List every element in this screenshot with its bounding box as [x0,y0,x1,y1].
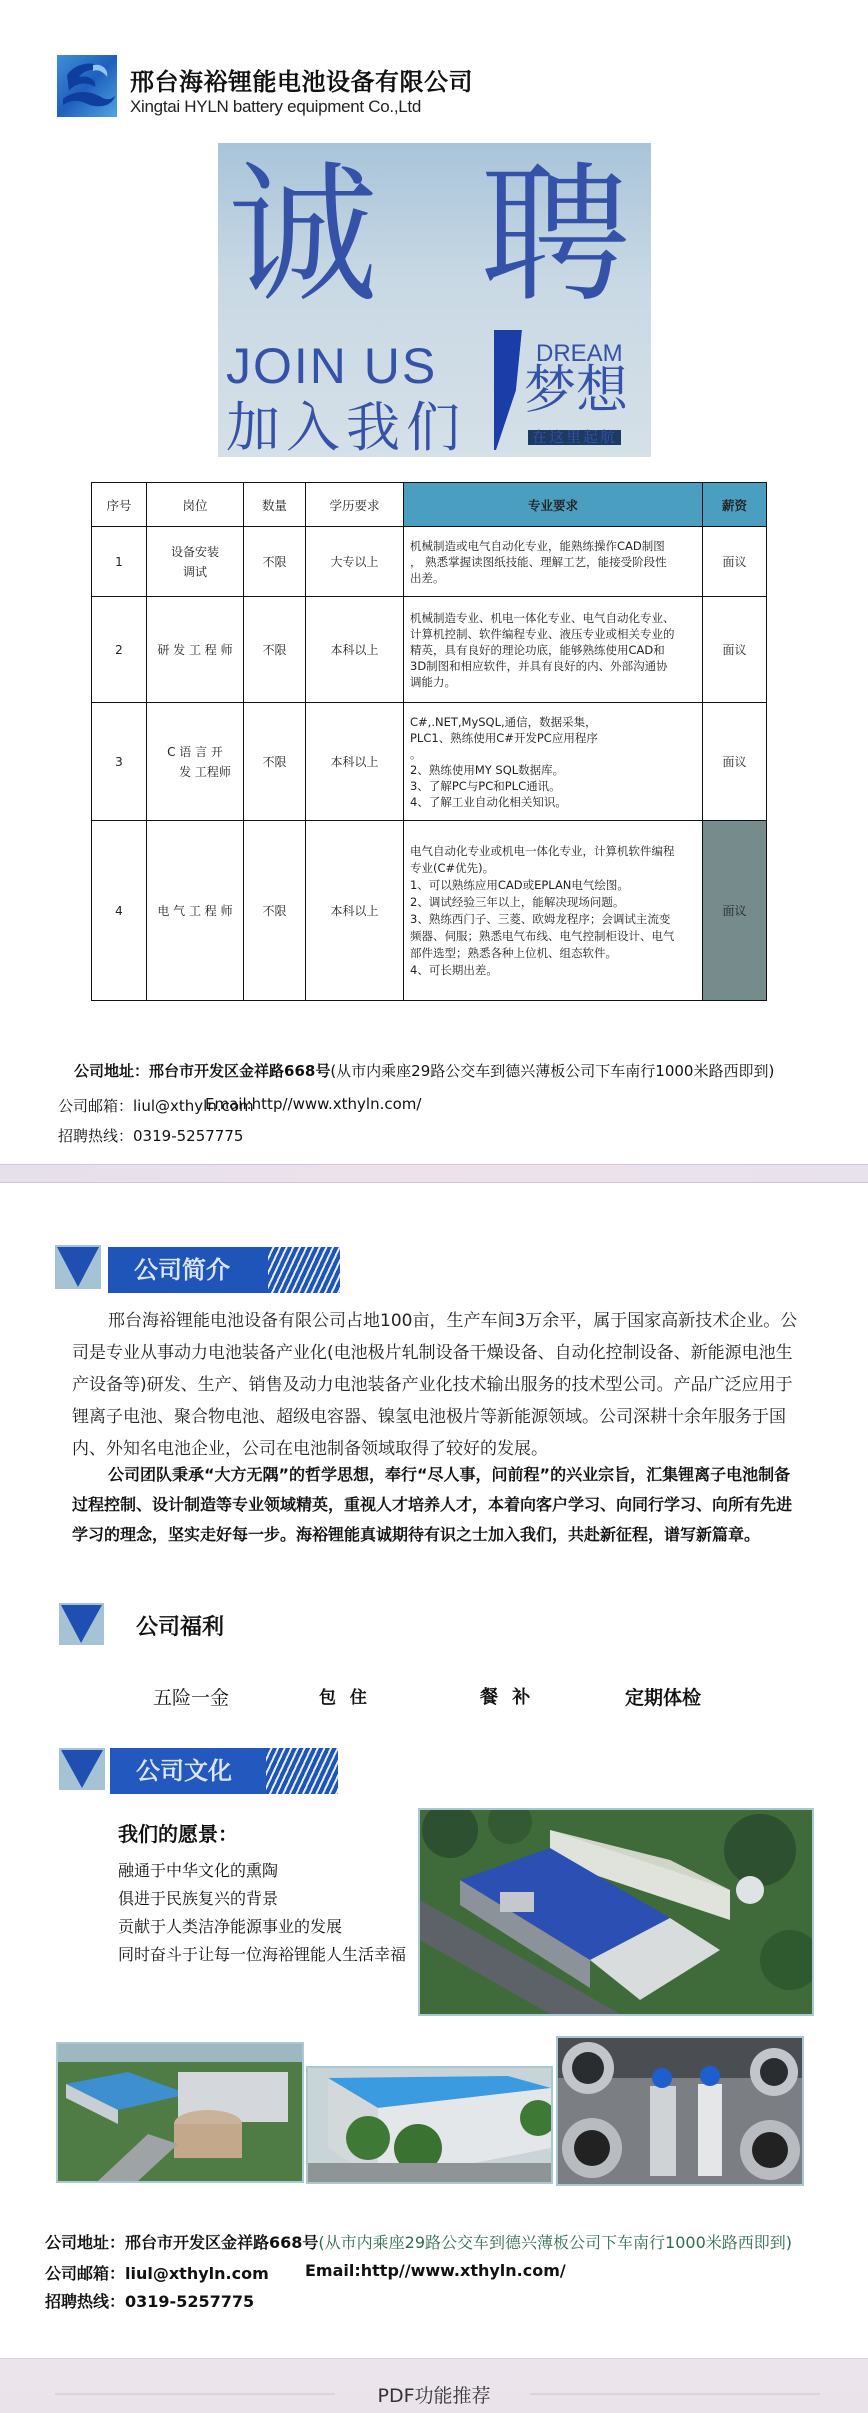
banner-join-cn: 加入我们 [226,401,466,455]
address-note: (从市内乘座29路公交车到德兴薄板公司下车南行1000米路西即到) [330,1062,774,1080]
company-name-cn: 邢台海裕锂能电池设备有限公司 [130,62,473,97]
banner-char-pin: 聘 [480,161,630,311]
section-title-welfare: 公司福利 [136,1610,224,1641]
req-line: 。 [410,746,698,762]
cell-salary: 面议 [703,527,767,597]
company-logo [57,55,117,117]
req-line: 2、调试经验三年以上，能解决现场问题。 [410,894,698,911]
req-line: PLC1、熟练使用C#开发PC应用程序 [410,730,698,746]
req-line: ， 熟悉掌握读图纸技能、理解工艺，能接受阶段性 [410,554,698,570]
cell-no: 1 [92,527,147,597]
col-header-education: 学历要求 [306,483,404,527]
position-line: 调试 [147,562,243,582]
cell-no: 3 [92,703,147,821]
position-line: 电 气 工 程 师 [147,902,243,919]
req-line: 3、了解PC与PC和PLC通讯。 [410,778,698,794]
pdf-recommend-footer: PDF功能推荐 [0,2358,868,2413]
email-label: 公司邮箱： [58,1097,133,1115]
table-row: 3 C 语 言 开 发 工程师 不限 本科以上 C#,.NET,MySQL,通信… [92,703,767,821]
address-value: 邢台市开发区金祥路668号 [125,2233,318,2252]
banner-dream-cn: 梦想 [524,365,628,417]
req-line: 部件选型；熟悉各种上位机、组态软件。 [410,945,698,962]
vision-title: 我们的愿景： [118,1818,238,1847]
col-header-salary: 薪资 [703,483,767,527]
campus-aerial-photo [56,2042,304,2183]
stripes-decoration [266,1748,338,1794]
email-label: 公司邮箱： [45,2264,125,2283]
col-header-count: 数量 [244,483,306,527]
req-line: 3D制图和相应软件，并具有良好的内、外部沟通协 [410,658,698,674]
banner-join-us: JOIN US [226,341,437,391]
address-value: 邢台市开发区金祥路668号 [149,1062,330,1080]
footer-divider-right [530,2393,820,2395]
banner-tagline: 在这里起航 [528,430,621,445]
req-line: 精英，具有良好的理论功底，能够熟练使用CAD和 [410,642,698,658]
cell-count: 不限 [244,703,306,821]
cell-count: 不限 [244,821,306,1001]
address-line-top: 公司地址：邢台市开发区金祥路668号(从市内乘座29路公交车到德兴薄板公司下车南… [74,1060,774,1081]
section-marker-icon [59,1603,104,1645]
email-line-bottom: 公司邮箱：liul@xthyln.com [45,2261,269,2284]
address-label: 公司地址： [74,1062,149,1080]
req-line: 计算机控制、软件编程专业、液压专业或相关专业的 [410,626,698,642]
banner-char-cheng: 诚 [228,161,378,311]
table-row: 2 研 发 工 程 师 不限 本科以上 机械制造专业、机电一体化专业、电气自动化… [92,597,767,703]
cell-requirements: 机械制造或电气自动化专业，能熟练操作CAD制图 ， 熟悉掌握读图纸技能、理解工艺… [404,527,703,597]
position-line: 设备安装 [147,542,243,562]
website-bottom[interactable]: Email:http//www.xthyln.com/ [305,2261,566,2280]
factory-building-photo [306,2066,553,2184]
factory-aerial-render [418,1808,814,2016]
position-line: 研 发 工 程 师 [147,641,243,658]
cell-education: 大专以上 [306,527,404,597]
req-line: C#,.NET,MySQL,通信，数据采集， [410,714,698,730]
welfare-item: 餐 补 [480,1683,534,1709]
req-line: 1、可以熟练应用CAD或EPLAN电气绘图。 [410,877,698,894]
vision-line: 融通于中华文化的熏陶 [118,1858,278,1881]
wave-logo-icon [57,55,117,117]
cell-education: 本科以上 [306,597,404,703]
section-marker-icon [59,1748,105,1790]
cell-no: 2 [92,597,147,703]
col-header-position: 岗位 [147,483,244,527]
stripes-decoration [268,1247,340,1293]
page-divider [0,1164,868,1183]
col-header-requirements: 专业要求 [404,483,703,527]
cell-position: 电 气 工 程 师 [147,821,244,1001]
cell-requirements: C#,.NET,MySQL,通信，数据采集， PLC1、熟练使用C#开发PC应用… [404,703,703,821]
cell-position: 研 发 工 程 师 [147,597,244,703]
req-line: 机械制造或电气自动化专业，能熟练操作CAD制图 [410,538,698,554]
req-line: 3、熟练西门子、三菱、欧姆龙程序；会调试主流变 [410,911,698,928]
req-line: 4、可长期出差。 [410,962,698,979]
cell-salary: 面议 [703,821,767,1001]
cell-requirements: 机械制造专业、机电一体化专业、电气自动化专业、 计算机控制、软件编程专业、液压专… [404,597,703,703]
vision-line: 俱进于民族复兴的背景 [118,1886,278,1909]
req-line: 频器、伺服；熟悉电气布线、电气控制柜设计、电气 [410,928,698,945]
req-line: 电气自动化专业或机电一体化专业，计算机软件编程 [410,843,698,860]
intro-paragraph-bold: 公司团队秉承“大方无隅”的哲学思想，奉行“尽人事，问前程”的兴业宗旨，汇集锂离子… [72,1460,800,1550]
cell-count: 不限 [244,597,306,703]
email-value[interactable]: liul@xthyln.com [125,2264,269,2283]
hotline-value: 0319-5257775 [125,2292,254,2311]
workers-equipment-photo [556,2036,804,2186]
section-marker-icon [55,1245,101,1289]
req-line: 4、了解工业自动化相关知识。 [410,794,698,810]
vision-line: 同时奋斗于让每一位海裕锂能人生活幸福 [118,1942,406,1965]
section-title-text: 公司文化 [136,1757,232,1785]
position-line: 发 工程师 [147,762,243,782]
table-row: 1 设备安装 调试 不限 大专以上 机械制造或电气自动化专业，能熟练操作CAD制… [92,527,767,597]
req-line: 调能力。 [410,674,698,690]
cell-position: 设备安装 调试 [147,527,244,597]
hotline-line-top: 招聘热线：0319-5257775 [58,1125,243,1146]
welfare-item: 五险一金 [153,1683,229,1710]
req-line: 出差。 [410,570,698,586]
cell-no: 4 [92,821,147,1001]
cell-requirements: 电气自动化专业或机电一体化专业，计算机软件编程 专业(C#优先)。 1、可以熟练… [404,821,703,1001]
hotline-label: 招聘热线： [58,1127,133,1145]
hotline-label: 招聘热线： [45,2292,125,2311]
table-row: 4 电 气 工 程 师 不限 本科以上 电气自动化专业或机电一体化专业，计算机软… [92,821,767,1001]
req-line: 专业(C#优先)。 [410,860,698,877]
cell-education: 本科以上 [306,703,404,821]
cell-count: 不限 [244,527,306,597]
company-name-en: Xingtai HYLN battery equipment Co.,Ltd [130,97,421,117]
welfare-item: 定期体检 [625,1683,701,1710]
vision-line: 贡献于人类洁净能源事业的发展 [118,1914,342,1937]
cell-salary: 面议 [703,597,767,703]
address-note: (从市内乘座29路公交车到德兴薄板公司下车南行1000米路西即到) [318,2233,792,2252]
welfare-item: 包 住 [319,1683,371,1708]
recruitment-banner: 诚 聘 JOIN US 加入我们 DREAM 梦想 在这里起航 [218,143,651,457]
cell-position: C 语 言 开 发 工程师 [147,703,244,821]
req-line: 机械制造专业、机电一体化专业、电气自动化专业、 [410,610,698,626]
hotline-line-bottom: 招聘热线：0319-5257775 [45,2289,254,2312]
address-line-bottom: 公司地址：邢台市开发区金祥路668号(从市内乘座29路公交车到德兴薄板公司下车南… [45,2230,792,2253]
address-label: 公司地址： [45,2233,125,2252]
intro-paragraph: 邢台海裕锂能电池设备有限公司占地100亩，生产车间3万余平，属于国家高新技术企业… [72,1305,800,1465]
section-title-culture: 公司文化 [110,1748,338,1794]
cell-education: 本科以上 [306,821,404,1001]
jobs-table: 序号 岗位 数量 学历要求 专业要求 薪资 1 设备安装 调试 不限 大专以上 … [91,482,767,1001]
table-header-row: 序号 岗位 数量 学历要求 专业要求 薪资 [92,483,767,527]
col-header-no: 序号 [92,483,147,527]
cell-salary: 面议 [703,703,767,821]
position-line: C 语 言 开 [147,742,243,762]
section-title-text: 公司简介 [134,1256,230,1284]
pen-nib-icon [490,330,522,456]
section-title-intro: 公司简介 [108,1247,340,1293]
req-line: 2、熟练使用MY SQL数据库。 [410,762,698,778]
hotline-value: 0319-5257775 [133,1127,243,1145]
website-top[interactable]: Email:http//www.xthyln.com/ [205,1095,421,1113]
